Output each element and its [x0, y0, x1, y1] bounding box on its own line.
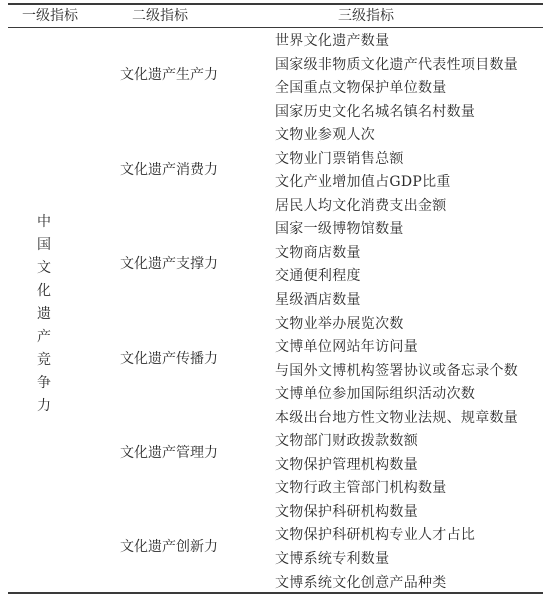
level3-indicator: 文物保护科研机构数量 — [275, 501, 518, 525]
level3-indicator: 国家历史文化名城名镇名村数量 — [275, 101, 518, 125]
header-level3: 三级指标 — [338, 6, 394, 26]
level3-indicator: 文物保护科研机构专业人才占比 — [275, 524, 518, 548]
level3-indicator: 文博单位网站年访问量 — [275, 336, 518, 360]
level2-indicator: 文化遗产支撑力 — [120, 254, 218, 274]
level3-indicator: 文物业门票销售总额 — [275, 148, 518, 172]
level2-indicator: 文化遗产传播力 — [120, 349, 218, 369]
level2-indicator: 文化遗产管理力 — [120, 443, 218, 463]
level3-indicator: 文物商店数量 — [275, 242, 518, 266]
table-bottom-rule — [8, 592, 543, 594]
level3-indicator: 本级出台地方性文物业法规、规章数量 — [275, 407, 518, 431]
header-rule — [8, 27, 543, 28]
level3-indicator: 星级酒店数量 — [275, 289, 518, 313]
level3-indicator: 文物保护管理机构数量 — [275, 454, 518, 478]
header-level2: 二级指标 — [132, 6, 188, 26]
level3-indicator: 与国外文博机构签署协议或备忘录个数 — [275, 360, 518, 384]
header-level1: 一级指标 — [22, 6, 78, 26]
level3-indicator: 全国重点文物保护单位数量 — [275, 77, 518, 101]
level3-indicator: 文化产业增加值占GDP比重 — [275, 171, 518, 195]
level3-indicator: 文物业参观人次 — [275, 124, 518, 148]
level3-indicator: 文物部门财政拨款数额 — [275, 430, 518, 454]
level2-indicator: 文化遗产创新力 — [120, 537, 218, 557]
level3-indicator: 文物行政主管部门机构数量 — [275, 477, 518, 501]
level3-indicator: 国家级非物质文化遗产代表性项目数量 — [275, 54, 518, 78]
level3-indicator: 世界文化遗产数量 — [275, 30, 518, 54]
level3-indicator: 居民人均文化消费支出金额 — [275, 195, 518, 219]
table-top-rule — [8, 3, 543, 5]
level3-indicator: 文博单位参加国际组织活动次数 — [275, 383, 518, 407]
level3-indicator-list: 世界文化遗产数量 国家级非物质文化遗产代表性项目数量 全国重点文物保护单位数量 … — [275, 30, 518, 595]
level2-indicator: 文化遗产消费力 — [120, 160, 218, 180]
level3-indicator: 文博系统专利数量 — [275, 548, 518, 572]
level3-indicator: 文物业举办展览次数 — [275, 313, 518, 337]
level3-indicator: 国家一级博物馆数量 — [275, 218, 518, 242]
level3-indicator: 交通便利程度 — [275, 265, 518, 289]
level2-indicator: 文化遗产生产力 — [120, 65, 218, 85]
level1-indicator: 中国文化遗产竞争力 — [36, 211, 52, 418]
